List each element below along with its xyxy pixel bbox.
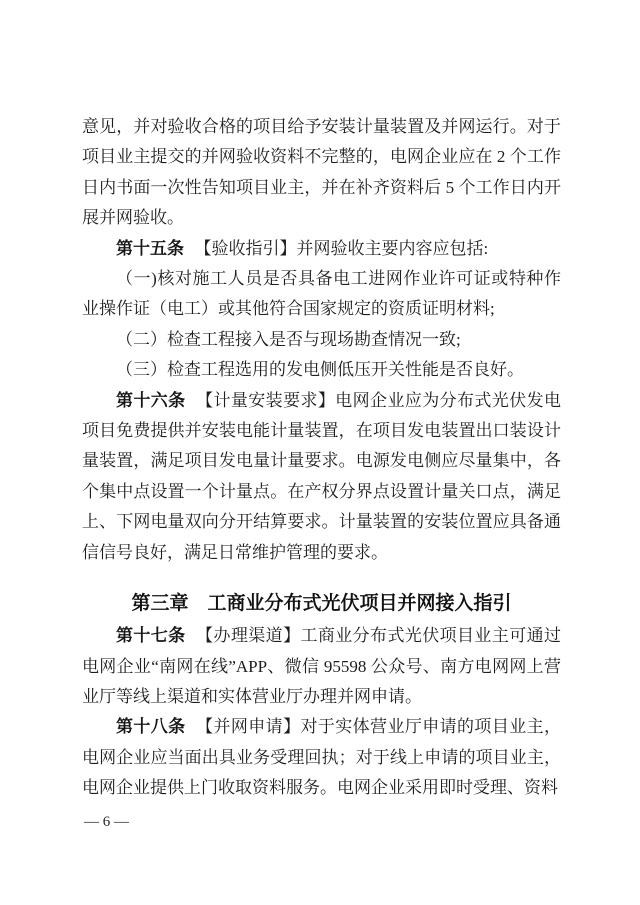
article-18-tag: 【并网申请】 bbox=[196, 717, 300, 736]
article-17-tag: 【办理渠道】 bbox=[196, 626, 300, 645]
paragraph-article-15: 第十五条【验收指引】并网验收主要内容应包括: bbox=[82, 234, 561, 264]
paragraph-continuation: 意见，并对验收合格的项目给予安装计量装置及并网运行。对于项目业主提交的并网验收资… bbox=[82, 112, 561, 234]
paragraph-article-17: 第十七条【办理渠道】工商业分布式光伏项目业主可通过电网企业“南网在线”APP、微… bbox=[82, 621, 561, 712]
document-content: 意见，并对验收合格的项目给予安装计量装置及并网运行。对于项目业主提交的并网验收资… bbox=[82, 112, 561, 804]
page-number: — 6 — bbox=[84, 812, 129, 832]
list-item-2: （二）检查工程接入是否与现场勘查情况一致; bbox=[82, 325, 561, 355]
paragraph-article-18: 第十八条【并网申请】对于实体营业厅申请的项目业主，电网企业应当面出具业务受理回执… bbox=[82, 712, 561, 803]
article-18-number: 第十八条 bbox=[116, 717, 186, 736]
article-16-number: 第十六条 bbox=[116, 391, 186, 410]
list-item-3: （三）检查工程选用的发电侧低压开关性能是否良好。 bbox=[82, 355, 561, 385]
list-item-1: （一)核对施工人员是否具备电工进网作业许可证或特种作业操作证（电工）或其他符合国… bbox=[82, 264, 561, 325]
article-15-text: 并网验收主要内容应包括: bbox=[297, 239, 489, 258]
paragraph-article-16: 第十六条【计量安装要求】电网企业应为分布式光伏发电项目免费提供并安装电能计量装置… bbox=[82, 386, 561, 568]
article-16-tag: 【计量安装要求】 bbox=[196, 391, 335, 410]
document-page: 意见，并对验收合格的项目给予安装计量装置及并网运行。对于项目业主提交的并网验收资… bbox=[0, 0, 640, 905]
article-17-number: 第十七条 bbox=[116, 626, 186, 645]
article-15-number: 第十五条 bbox=[116, 239, 184, 258]
article-16-text: 电网企业应为分布式光伏发电项目免费提供并安装电能计量装置，在项目发电装置出口装设… bbox=[82, 391, 561, 562]
chapter-heading: 第三章 工商业分布式光伏项目并网接入指引 bbox=[82, 587, 561, 621]
article-15-tag: 【验收指引】 bbox=[195, 239, 297, 258]
